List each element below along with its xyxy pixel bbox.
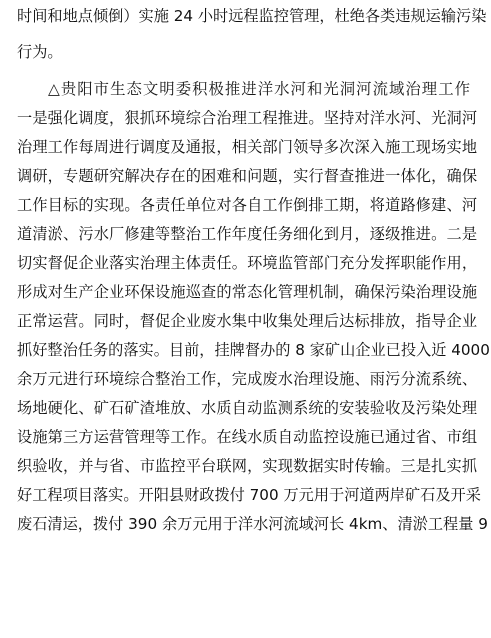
text-line: 织验收，并与省、市监控平台联网，实现数据实时传输。三是扎实抓: [17, 457, 477, 475]
text-line: 好工程项目落实。开阳县财政拨付 700 万元用于河道两岸矿石及开采: [17, 486, 477, 504]
text-line: 道清淤、污水厂修建等整治工作年度任务细化到月，逐级推进。二是: [17, 225, 477, 243]
text-line: 工作目标的实现。各责任单位对各自工作倒排工期，将道路修建、河: [17, 196, 477, 214]
text-line: 抓好整治任务的落实。目前，挂牌督办的 8 家矿山企业已投入近 4000: [17, 341, 477, 359]
text-line: 设施第三方运营管理等工作。在线水质自动监控设施已通过省、市组: [17, 428, 477, 446]
text-line: 切实督促企业落实治理主体责任。环境监管部门充分发挥职能作用，: [17, 254, 477, 272]
text-line: 行为。: [17, 43, 477, 61]
text-line: 调研，专题研究解决存在的困难和问题，实行督查推进一体化，确保: [17, 167, 477, 185]
text-line: 正常运营。同时，督促企业废水集中收集处理后达标排放，指导企业: [17, 312, 477, 330]
document-page: 时间和地点倾倒）实施 24 小时远程监控管理，杜绝各类违规运输污染 行为。 △贵…: [0, 0, 491, 638]
section-heading: △贵阳市生态文明委积极推进洋水河和光洞河流域治理工作: [48, 80, 470, 98]
text-line: 废石清运，拨付 390 余万元用于洋水河流域河长 4km、清淤工程量 9: [17, 515, 477, 533]
text-line: 时间和地点倾倒）实施 24 小时远程监控管理，杜绝各类违规运输污染: [17, 7, 477, 25]
text-line: 余万元进行环境综合整治工作，完成废水治理设施、雨污分流系统、: [17, 370, 477, 388]
text-line: 一是强化调度，狠抓环境综合治理工程推进。坚持对洋水河、光洞河: [17, 109, 477, 127]
text-line: 形成对生产企业环保设施巡查的常态化管理机制，确保污染治理设施: [17, 283, 477, 301]
text-line: 治理工作每周进行调度及通报，相关部门领导多次深入施工现场实地: [17, 138, 477, 156]
text-line: 场地硬化、矿石矿渣堆放、水质自动监测系统的安装验收及污染处理: [17, 399, 477, 417]
